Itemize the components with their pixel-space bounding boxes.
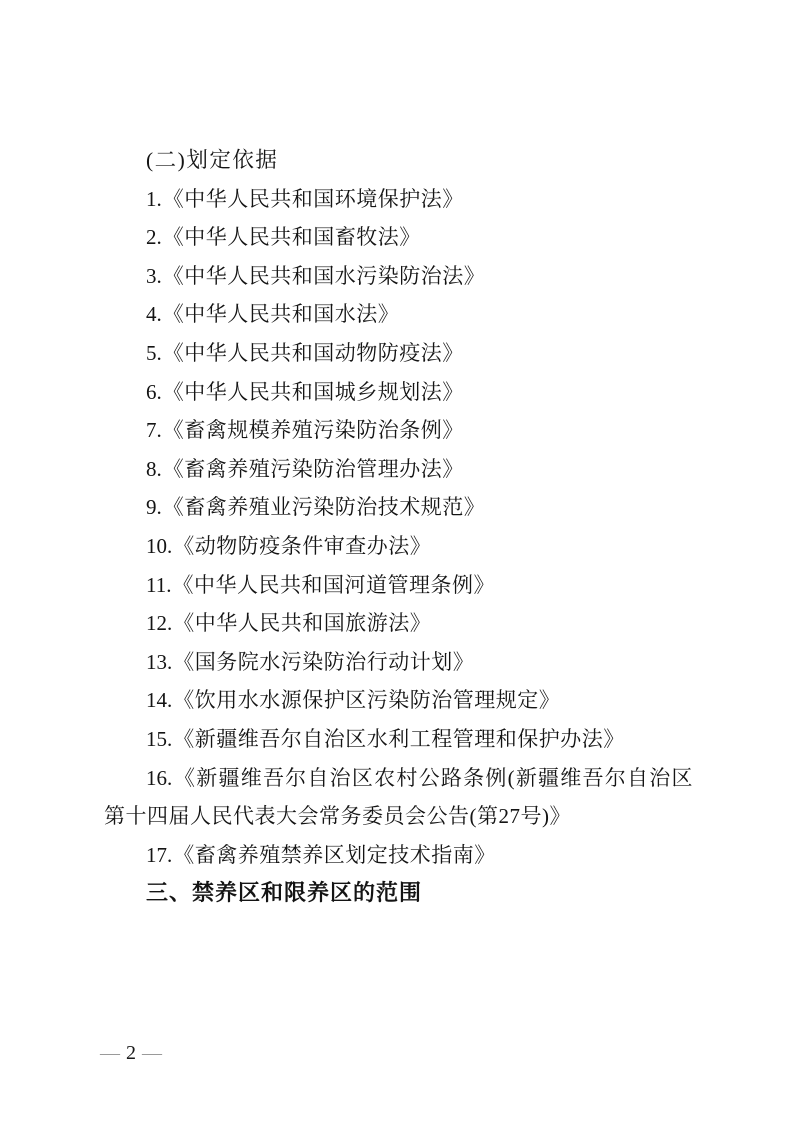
list-item-text: 《中华人民共和国城乡规划法》	[163, 380, 464, 404]
list-item-text: 《中华人民共和国旅游法》	[173, 611, 431, 635]
list-item: 17.《畜禽养殖禁养区划定技术指南》	[104, 836, 693, 875]
list-item-text: 《新疆维吾尔自治区农村公路条例(新疆维吾尔自治区第十四届人民代表大会常务委员会公…	[104, 766, 693, 829]
page-number-dash-left: —	[100, 1042, 120, 1064]
list-item: 3.《中华人民共和国水污染防治法》	[104, 257, 693, 296]
list-item-number: 6.	[146, 380, 162, 404]
list-item-text: 《中华人民共和国河道管理条例》	[172, 573, 495, 597]
list-item: 5.《中华人民共和国动物防疫法》	[104, 334, 693, 373]
list-item-number: 12.	[146, 611, 172, 635]
list-item-number: 16.	[146, 766, 172, 790]
section-heading-scope: 三、禁养区和限养区的范围	[104, 874, 693, 913]
list-item-number: 1.	[146, 187, 162, 211]
list-item-number: 17.	[146, 843, 172, 867]
list-item-number: 13.	[146, 650, 172, 674]
list-item: 7.《畜禽规模养殖污染防治条例》	[104, 411, 693, 450]
list-item: 9.《畜禽养殖业污染防治技术规范》	[104, 488, 693, 527]
list-item: 11.《中华人民共和国河道管理条例》	[104, 566, 693, 605]
list-item-text: 《饮用水水源保护区污染防治管理规定》	[173, 688, 560, 712]
list-item: 12.《中华人民共和国旅游法》	[104, 604, 693, 643]
list-item-number: 14.	[146, 688, 172, 712]
list-item: 8.《畜禽养殖污染防治管理办法》	[104, 450, 693, 489]
list-item-text: 《畜禽养殖禁养区划定技术指南》	[173, 843, 496, 867]
list-item-number: 9.	[146, 495, 162, 519]
list-item-text: 《中华人民共和国动物防疫法》	[163, 341, 464, 365]
list-item-number: 8.	[146, 457, 162, 481]
list-item-number: 5.	[146, 341, 162, 365]
list-item-text: 《中华人民共和国水法》	[163, 302, 400, 326]
list-item-text: 《国务院水污染防治行动计划》	[173, 650, 474, 674]
list-item: 4.《中华人民共和国水法》	[104, 295, 693, 334]
list-item: 10.《动物防疫条件审查办法》	[104, 527, 693, 566]
list-item-number: 2.	[146, 225, 162, 249]
list-item: 1.《中华人民共和国环境保护法》	[104, 180, 693, 219]
list-item-text: 《畜禽养殖污染防治管理办法》	[163, 457, 464, 481]
list-item-text: 《中华人民共和国水污染防治法》	[163, 264, 486, 288]
document-body: (二)划定依据 1.《中华人民共和国环境保护法》 2.《中华人民共和国畜牧法》 …	[104, 141, 693, 913]
list-item: 2.《中华人民共和国畜牧法》	[104, 218, 693, 257]
list-item-number: 11.	[146, 573, 171, 597]
document-page: (二)划定依据 1.《中华人民共和国环境保护法》 2.《中华人民共和国畜牧法》 …	[0, 0, 793, 1122]
list-item-text: 《中华人民共和国畜牧法》	[163, 225, 421, 249]
list-item-text: 《动物防疫条件审查办法》	[173, 534, 431, 558]
list-item-number: 3.	[146, 264, 162, 288]
list-item-number: 7.	[146, 418, 162, 442]
basis-list: 1.《中华人民共和国环境保护法》 2.《中华人民共和国畜牧法》 3.《中华人民共…	[104, 180, 693, 875]
list-item: 14.《饮用水水源保护区污染防治管理规定》	[104, 681, 693, 720]
list-item-number: 10.	[146, 534, 172, 558]
list-item-text: 《畜禽养殖业污染防治技术规范》	[163, 495, 486, 519]
page-number: —2—	[100, 1040, 162, 1066]
list-item-text: 《中华人民共和国环境保护法》	[163, 187, 464, 211]
list-item-number: 15.	[146, 727, 172, 751]
list-item: 13.《国务院水污染防治行动计划》	[104, 643, 693, 682]
list-item-number: 4.	[146, 302, 162, 326]
list-item: 6.《中华人民共和国城乡规划法》	[104, 373, 693, 412]
list-item-text: 《畜禽规模养殖污染防治条例》	[163, 418, 464, 442]
list-item: 15.《新疆维吾尔自治区水利工程管理和保护办法》	[104, 720, 693, 759]
page-number-value: 2	[126, 1042, 136, 1064]
list-item: 16.《新疆维吾尔自治区农村公路条例(新疆维吾尔自治区第十四届人民代表大会常务委…	[104, 759, 693, 836]
page-number-dash-right: —	[142, 1042, 162, 1064]
subsection-heading-basis: (二)划定依据	[104, 141, 693, 180]
list-item-text: 《新疆维吾尔自治区水利工程管理和保护办法》	[173, 727, 625, 751]
